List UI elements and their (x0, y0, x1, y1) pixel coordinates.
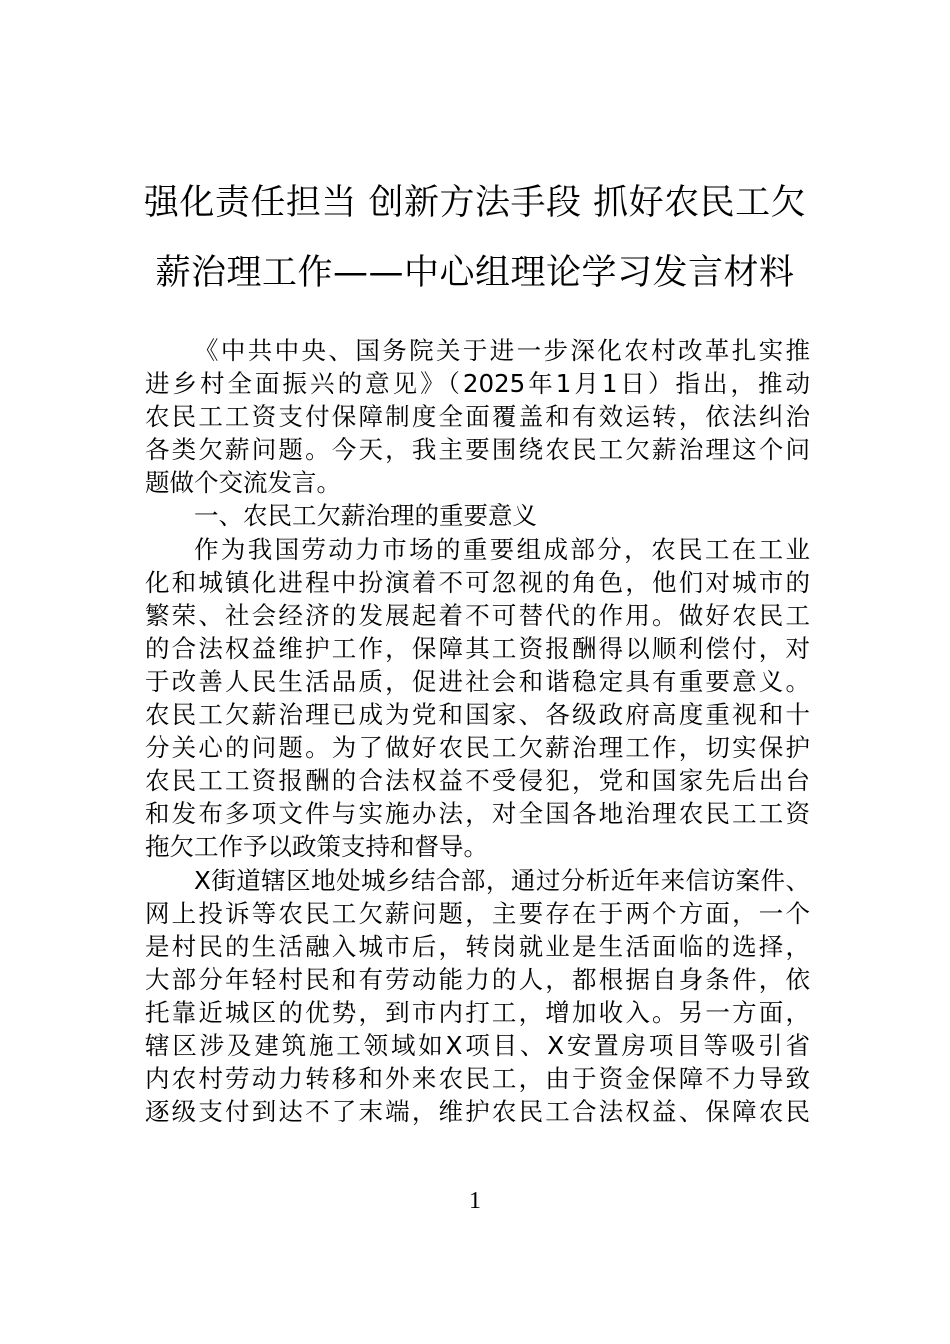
document-body: 《中共中央、国务院关于进一步深化农村改革扎实推进乡村全面振兴的意见》（2025年… (145, 334, 810, 1128)
body-line: 一、农民工欠薪治理的重要意义 (145, 499, 810, 532)
body-line: 进乡村全面振兴的意见》（2025年1月1日）指出，推动 (145, 367, 810, 400)
body-line: 是村民的生活融入城市后，转岗就业是生活面临的选择， (145, 930, 810, 963)
body-line: X街道辖区地处城乡结合部，通过分析近年来信访案件、 (145, 864, 810, 897)
body-line: 分关心的问题。为了做好农民工欠薪治理工作，切实保护 (145, 731, 810, 764)
body-line: 农民工工资报酬的合法权益不受侵犯，党和国家先后出台 (145, 764, 810, 797)
body-line: 化和城镇化进程中扮演着不可忽视的角色，他们对城市的 (145, 566, 810, 599)
page-number: 1 (0, 1188, 950, 1215)
body-line: 农民工欠薪治理已成为党和国家、各级政府高度重视和十 (145, 698, 810, 731)
title-line-2: 薪治理工作——中心组理论学习发言材料 (140, 238, 810, 308)
body-line: 和发布多项文件与实施办法，对全国各地治理农民工工资 (145, 797, 810, 830)
body-line: 农民工工资支付保障制度全面覆盖和有效运转，依法纠治 (145, 400, 810, 433)
body-line: 拖欠工作予以政策支持和督导。 (145, 830, 810, 863)
body-line: 各类欠薪问题。今天，我主要围绕农民工欠薪治理这个问 (145, 433, 810, 466)
body-line: 大部分年轻村民和有劳动能力的人，都根据自身条件，依 (145, 963, 810, 996)
body-line: 辖区涉及建筑施工领域如X项目、X安置房项目等吸引省 (145, 1029, 810, 1062)
body-line: 作为我国劳动力市场的重要组成部分，农民工在工业 (145, 533, 810, 566)
body-line: 内农村劳动力转移和外来农民工，由于资金保障不力导致 (145, 1062, 810, 1095)
body-line: 《中共中央、国务院关于进一步深化农村改革扎实推 (145, 334, 810, 367)
document-page: 强化责任担当 创新方法手段 抓好农民工欠 薪治理工作——中心组理论学习发言材料 … (0, 0, 950, 1344)
document-title: 强化责任担当 创新方法手段 抓好农民工欠 薪治理工作——中心组理论学习发言材料 (140, 168, 810, 308)
body-line: 网上投诉等农民工欠薪问题，主要存在于两个方面，一个 (145, 897, 810, 930)
title-line-1: 强化责任担当 创新方法手段 抓好农民工欠 (140, 168, 810, 238)
body-line: 逐级支付到达不了末端，维护农民工合法权益、保障农民 (145, 1095, 810, 1128)
body-line: 于改善人民生活品质，促进社会和谐稳定具有重要意义。 (145, 665, 810, 698)
body-line: 题做个交流发言。 (145, 466, 810, 499)
body-line: 繁荣、社会经济的发展起着不可替代的作用。做好农民工 (145, 599, 810, 632)
body-line: 托靠近城区的优势，到市内打工，增加收入。另一方面， (145, 996, 810, 1029)
body-line: 的合法权益维护工作，保障其工资报酬得以顺利偿付，对 (145, 632, 810, 665)
